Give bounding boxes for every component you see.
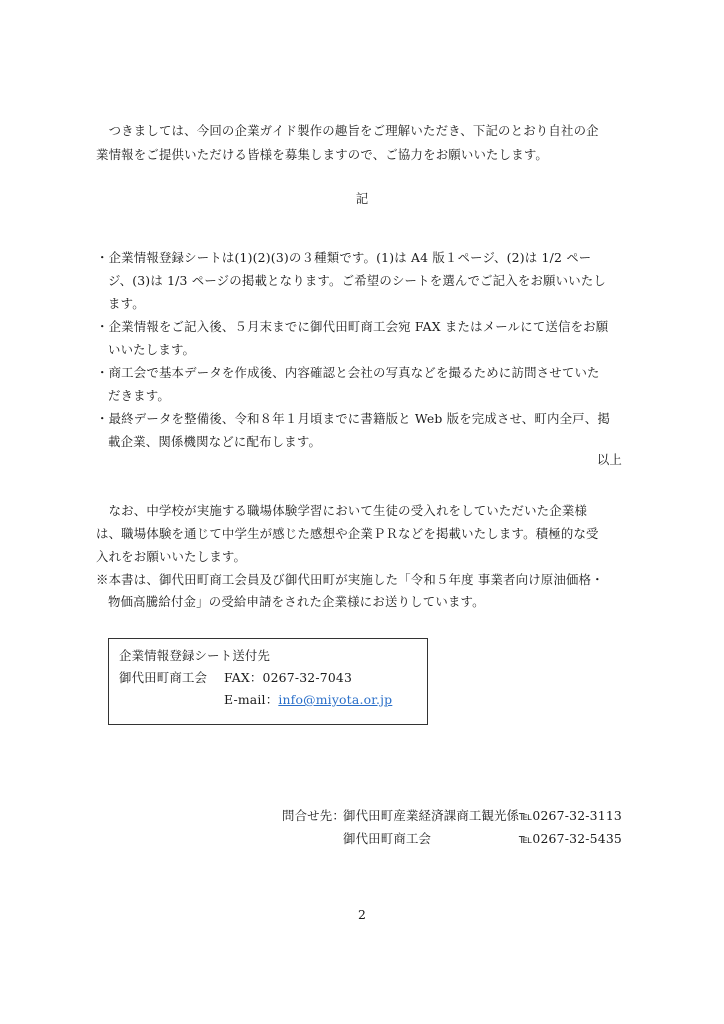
send-box-email: E-mail：info@miyota.or.jp: [224, 692, 392, 708]
bullet-2-line-1: ・企業情報をご記入後、５月末までに御代田町商工会宛 FAX またはメールにて送信…: [96, 319, 608, 335]
note-line-2: は、職場体験を通じて中学生が感じた感想や企業ＰＲなどを掲載いたします。積極的な受: [96, 526, 599, 542]
remark-line-1: ※本書は、御代田町商工会員及び御代田町が実施した「令和５年度 事業者向け原油価格…: [96, 572, 604, 588]
contact-tel-2: ℡0267-32-5435: [519, 831, 622, 847]
send-box-title: 企業情報登録シート送付先: [119, 648, 270, 664]
bullet-1-line-1: ・企業情報登録シートは(1)(2)(3)の３種類です。(1)は A4 版１ページ…: [96, 250, 591, 266]
bullet-1-line-3: ます。: [108, 296, 145, 312]
email-link[interactable]: info@miyota.or.jp: [278, 692, 392, 707]
note-line-1: なお、中学校が実施する職場体験学習において生徒の受入れをしていただいた企業様: [96, 503, 587, 519]
note-line-3: 入れをお願いいたします。: [96, 549, 246, 565]
contact-tel-1: ℡0267-32-3113: [519, 808, 622, 824]
bullet-4-line-1: ・最終データを整備後、令和８年１月頃までに書籍版と Web 版を完成させ、町内全…: [96, 411, 610, 427]
bullet-4-line-2: 載企業、関係機関などに配布します。: [108, 434, 321, 450]
intro-line-2: 業情報をご提供いただける皆様を募集しますので、ご協力をお願いいたします。: [96, 147, 548, 163]
send-box-org: 御代田町商工会: [119, 670, 207, 686]
contact-dept-2: 御代田町商工会: [343, 831, 431, 847]
contact-label: 問合せ先：: [282, 808, 345, 824]
send-destination-box: 企業情報登録シート送付先 御代田町商工会 FAX：0267-32-7043 E-…: [108, 638, 428, 725]
bullet-3-line-2: だきます。: [108, 388, 170, 404]
page-number: 2: [0, 907, 724, 923]
ijou-closing: 以上: [597, 452, 622, 468]
contact-dept-1: 御代田町産業経済課商工観光係: [343, 808, 519, 824]
intro-line-1: つきましては、今回の企業ガイド製作の趣旨をご理解いただき、下記のとおり自社の企: [96, 123, 599, 139]
fax-number: 0267-32-7043: [262, 670, 352, 685]
bullet-1-line-2: ジ、(3)は 1/3 ページの掲載となります。ご希望のシートを選んでご記入をお願…: [108, 273, 606, 289]
ki-heading: 記: [0, 191, 724, 207]
bullet-2-line-2: いいたします。: [108, 342, 195, 358]
email-label: E-mail：: [224, 692, 278, 707]
remark-line-2: 物価高騰給付金」の受給申請をされた企業様にお送りしています。: [108, 594, 485, 610]
bullet-3-line-1: ・商工会で基本データを作成後、内容確認と会社の写真などを撮るために訪問させていた: [96, 365, 600, 381]
send-box-fax: FAX：0267-32-7043: [224, 670, 352, 686]
fax-label: FAX：: [224, 670, 262, 685]
